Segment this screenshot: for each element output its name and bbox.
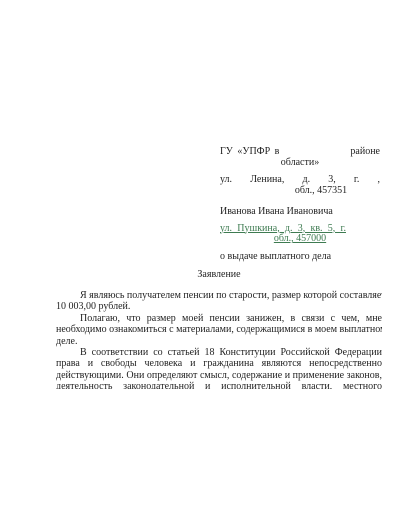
application-subject: о выдаче выплатного дела [220,252,380,263]
document-title: Заявление [56,269,382,280]
applicant-address-line2: обл., 457000 [220,234,380,245]
org-address: ул. Ленина, д. 3, г. , обл., 457351 [220,175,380,196]
paragraph-line: деле. [56,336,382,347]
paragraph-line: В соответствии со статьей 18 Конституции… [56,347,382,358]
org-name-district: районе [350,147,380,158]
applicant-name: Иванова Ивана Ивановича [220,207,380,218]
document-body: Я являюсь получателем пенсии по старости… [56,290,382,389]
org-name-left: ГУ «УПФР в [220,147,279,158]
paragraph-line: действующими. Они определяют смысл, соде… [56,370,382,381]
org-name-line: ГУ «УПФР в районе [220,147,380,158]
paragraph-line: Полагаю, что размер моей пенсии занижен,… [56,313,382,324]
recipient-block: ГУ «УПФР в районе области» ул. Ленина, д… [220,147,380,262]
org-address-line2: обл., 457351 [220,186,380,197]
applicant-address: ул. Пушкина, д. 3, кв. 5, г. обл., 45700… [220,224,380,245]
paragraph-line: деятельность законодательной и исполните… [56,381,382,389]
document-page: ГУ «УПФР в районе области» ул. Ленина, д… [0,0,406,516]
paragraph-line: права и свободы человека и гражданина яв… [56,358,382,369]
paragraph-line: Я являюсь получателем пенсии по старости… [56,290,382,301]
org-region-line: области» [220,158,380,169]
org-address-line1: ул. Ленина, д. 3, г. , [220,175,380,186]
paragraph-line: 10 003,00 рублей. [56,301,382,312]
paragraph-line: необходимо ознакомиться с материалами, с… [56,324,382,335]
